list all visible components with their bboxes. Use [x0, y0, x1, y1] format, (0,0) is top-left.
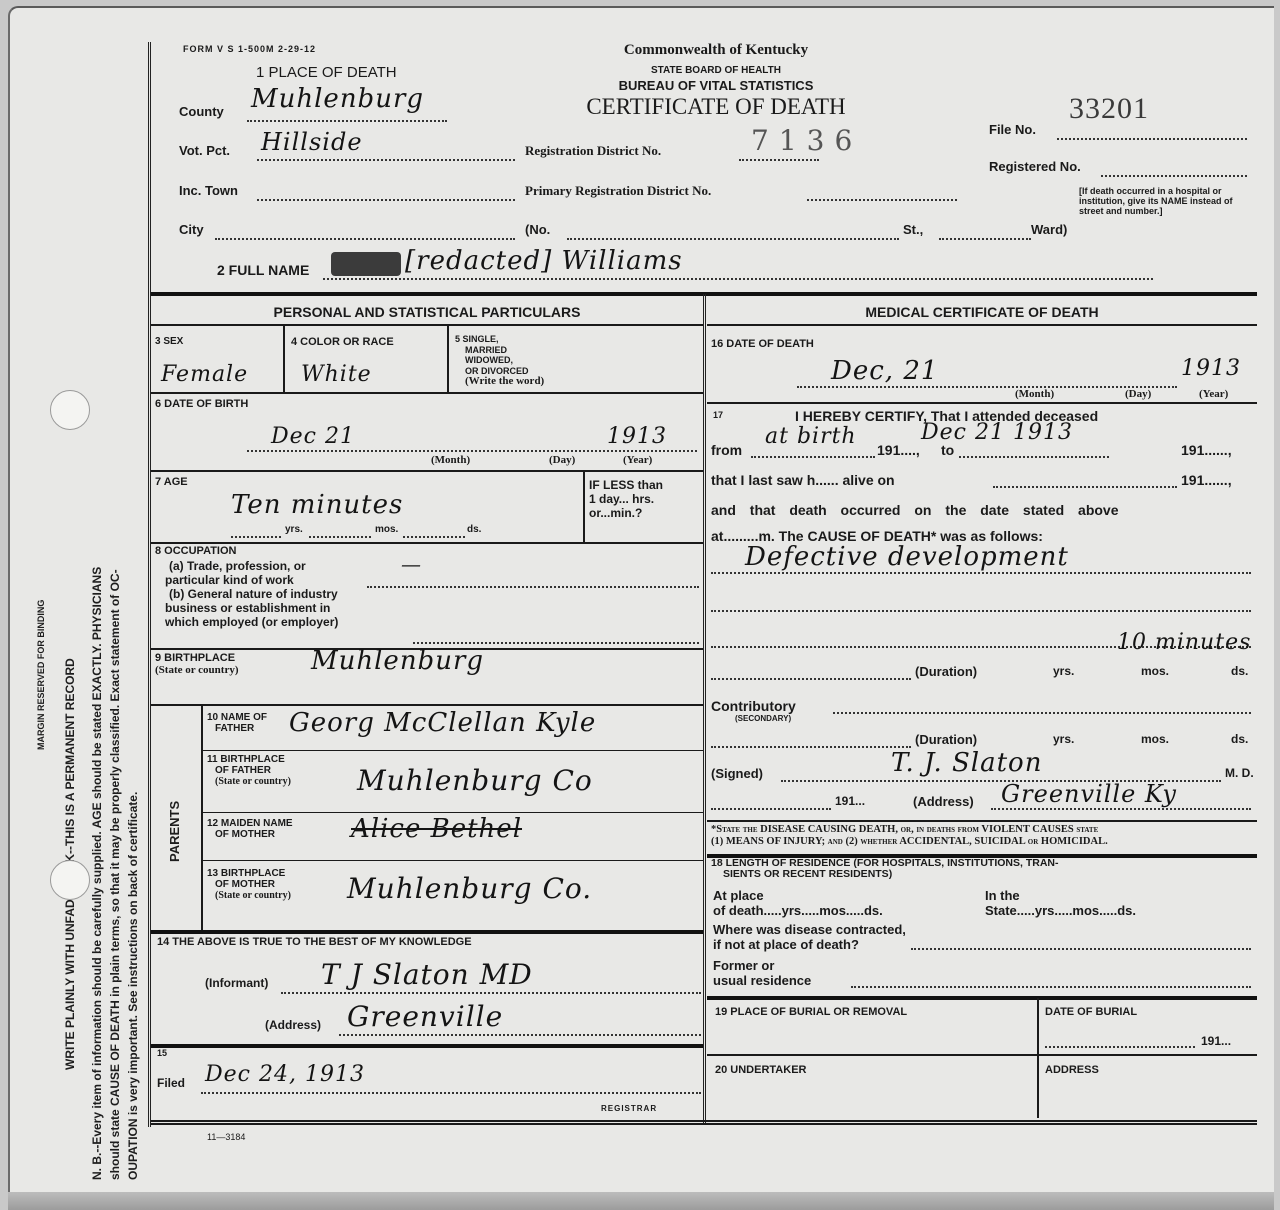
last-saw-text: that I last saw h...... alive on [711, 472, 895, 488]
bureau-heading: BUREAU OF VITAL STATISTICS [551, 78, 881, 93]
mother-maiden-label-1: 12 MAIDEN NAME [207, 818, 293, 829]
cause-footnote: *State the DISEASE CAUSING DEATH, or, in… [711, 824, 1108, 848]
occ-a-line-1: (a) Trade, profession, or [169, 559, 306, 573]
father-name-value[interactable]: Georg McClellan Kyle [289, 708, 596, 738]
if-less-line-2: 1 day... hrs. [589, 492, 663, 506]
occupation-a-value[interactable]: — [401, 552, 422, 576]
vot-pct-dots [257, 159, 515, 161]
contributory-dots [833, 712, 1251, 714]
parents-side-label: PARENTS [167, 801, 182, 862]
occ-b-line-3: which employed (or employer) [165, 615, 338, 629]
occ-b-line-2: business or establishment in [165, 601, 338, 615]
if-less-line-1: IF LESS than [589, 478, 663, 492]
registered-no-dots [1101, 175, 1247, 177]
from-year: 191...., [877, 442, 920, 458]
race-marital-divider [447, 326, 449, 392]
at-place-line-2: of death.....yrs.....mos.....ds. [713, 903, 883, 918]
dod-month-caption: (Month) [1015, 388, 1054, 400]
footnote-line-2: (1) MEANS OF INJURY; and (2) whether ACC… [711, 836, 1108, 848]
md-label: M. D. [1225, 766, 1254, 780]
divider-age [151, 470, 703, 472]
mother-birthplace-value[interactable]: Muhlenburg Co. [347, 872, 592, 905]
occupation-b-label: (b) General nature of industry business … [169, 587, 338, 629]
dob-value[interactable]: Dec 21 [271, 424, 355, 449]
inc-town-dots [257, 199, 515, 201]
divider-informant [151, 930, 703, 934]
cause-dots-2 [711, 610, 1251, 612]
nb-line-2: should state CAUSE OF DEATH in plain ter… [108, 569, 122, 1180]
occ-a-line-2: particular kind of work [165, 573, 306, 587]
mother-maiden-label: 12 MAIDEN NAME OF MOTHER [207, 818, 293, 840]
place-of-death-label: 1 PLACE OF DEATH [256, 64, 397, 81]
in-state-line-2: State.....yrs.....mos.....ds. [985, 903, 1136, 918]
mother-maiden-label-2: OF MOTHER [207, 829, 293, 840]
file-no-value[interactable]: 33201 [1069, 92, 1149, 126]
contributory-label: Contributory [711, 698, 796, 714]
residence-at-place: At place of death.....yrs.....mos.....ds… [713, 888, 883, 918]
father-name-label-1: 10 NAME OF [207, 712, 267, 723]
primary-reg-dots [807, 199, 957, 201]
undertaker-address-label: ADDRESS [1045, 1064, 1099, 1076]
birthplace-label: 9 BIRTHPLACE (State or country) [155, 652, 239, 676]
from-value[interactable]: at birth [765, 424, 857, 449]
informant-value[interactable]: T J Slaton MD [321, 958, 533, 991]
from-dots [751, 456, 875, 458]
age-ds-caption: ds. [467, 524, 481, 535]
duration-ds: ds. [1231, 664, 1248, 678]
informant-address-value[interactable]: Greenville [347, 1000, 503, 1033]
marital-single: 5 SINGLE, [455, 334, 544, 345]
full-name-label: 2 FULL NAME [217, 262, 309, 278]
parents-divider [201, 706, 203, 932]
signed-label: (Signed) [711, 766, 763, 781]
former-line-2: usual residence [713, 973, 811, 988]
punch-hole-bottom [50, 860, 90, 900]
mother-bp-label-3: (State or country) [207, 890, 291, 901]
informant-statement: 14 THE ABOVE IS TRUE TO THE BEST OF MY K… [157, 936, 472, 948]
full-name-value[interactable]: [redacted] Williams [405, 246, 683, 276]
county-label: County [179, 104, 224, 119]
age-divider [583, 472, 585, 542]
reg-district-label: Registration District No. [525, 143, 661, 159]
cause-dots-1 [711, 572, 1251, 574]
last-saw-year: 191......, [1181, 472, 1232, 488]
occupation-a-label: (a) Trade, profession, or particular kin… [169, 559, 306, 587]
filed-value[interactable]: Dec 24, 1913 [205, 1062, 365, 1087]
sex-label: 3 SEX [155, 336, 183, 347]
duration-mos: mos. [1141, 664, 1169, 678]
age-ds-dots [403, 536, 465, 538]
father-name-label-2: FATHER [207, 723, 267, 734]
medical-section-title: MEDICAL CERTIFICATE OF DEATH [707, 304, 1257, 320]
dod-year[interactable]: 1913 [1181, 356, 1241, 381]
informant-dots [281, 992, 701, 994]
father-bp-label-3: (State or country) [207, 776, 291, 787]
divider-mother-maiden [201, 812, 703, 813]
reg-district-dots [739, 159, 819, 161]
divider-dob [151, 392, 703, 394]
registrar-caption: REGISTRAR [601, 1104, 657, 1113]
father-bp-label-1: 11 BIRTHPLACE [207, 754, 291, 765]
divider-footnote [707, 820, 1257, 822]
age-mos-dots [309, 536, 371, 538]
divider-parents [151, 704, 703, 706]
age-yrs-caption: yrs. [285, 524, 303, 535]
ward-label: Ward) [1031, 222, 1067, 237]
divider-undertaker [707, 1054, 1257, 1056]
former-line-1: Former or [713, 958, 811, 973]
commonwealth-heading: Commonwealth of Kentucky [551, 42, 881, 59]
occupation-label: 8 OCCUPATION [155, 545, 237, 557]
signed-value[interactable]: T. J. Slaton [891, 748, 1042, 778]
burial-date-dots [1045, 1046, 1195, 1048]
form-number: FORM V S 1-500M 2-29-12 [183, 44, 316, 54]
board-heading: STATE BOARD OF HEALTH [551, 65, 881, 76]
vot-pct-label: Vot. Pct. [179, 143, 230, 158]
duration-dots [711, 678, 911, 680]
residence-label-2: SIENTS OR RECENT RESIDENTS) [711, 869, 1058, 880]
father-name-label: 10 NAME OF FATHER [207, 712, 267, 734]
footer-code: 11—3184 [207, 1132, 245, 1142]
race-value[interactable]: White [301, 362, 372, 387]
birthplace-label-line: 9 BIRTHPLACE [155, 652, 239, 664]
dob-day-caption: (Day) [549, 454, 575, 466]
secondary-label: (SECONDARY) [735, 714, 791, 723]
informant-address-dots [339, 1034, 701, 1036]
marital-married: MARRIED [455, 345, 544, 356]
to-dots [959, 456, 1109, 458]
burial-date-191: 191... [1201, 1034, 1231, 1048]
county-value[interactable]: Muhlenburg [251, 84, 424, 114]
signed-date-191: 191... [835, 794, 865, 808]
contributory-duration-dots [711, 746, 911, 748]
occ-a-dots [367, 586, 699, 588]
birthplace-sub: (State or country) [155, 664, 239, 676]
city-dots [215, 238, 515, 240]
divider-filed [151, 1044, 703, 1048]
contracted-line-2: if not at place of death? [713, 937, 906, 952]
name-redaction [331, 252, 401, 276]
paper-shadow [8, 1192, 1274, 1210]
filed-label: Filed [157, 1076, 185, 1090]
burial-date-label: DATE OF BURIAL [1045, 1006, 1137, 1018]
file-no-dots [1057, 138, 1247, 140]
undertaker-label: 20 UNDERTAKER [715, 1064, 806, 1076]
contributory-yrs: yrs. [1053, 732, 1074, 746]
filed-dots [201, 1092, 701, 1094]
birthplace-value[interactable]: Muhlenburg [311, 646, 484, 676]
divider-medical [707, 324, 1257, 326]
reg-district-value[interactable]: 7136 [751, 124, 862, 157]
contributory-duration-label: (Duration) [915, 732, 977, 747]
father-bp-label: 11 BIRTHPLACE OF FATHER (State or countr… [207, 754, 291, 787]
disease-contracted: Where was disease contracted, if not at … [713, 922, 906, 952]
divider-mother-bp [201, 860, 703, 861]
contracted-line-1: Where was disease contracted, [713, 922, 906, 937]
to-year: 191......, [1181, 442, 1232, 458]
marital-write-word: (Write the word) [455, 376, 544, 387]
former-dots [851, 986, 1251, 988]
dob-label: 6 DATE OF BIRTH [155, 398, 248, 410]
age-label: 7 AGE [155, 476, 188, 488]
file-no-label: File No. [989, 122, 1036, 137]
binding-margin: MARGIN RESERVED FOR BINDING WRITE PLAINL… [8, 30, 148, 1190]
dob-year-caption: (Year) [623, 454, 652, 466]
margin-reserved-text: MARGIN RESERVED FOR BINDING [36, 600, 46, 750]
hospital-note: [If death occurred in a hospital or inst… [1079, 186, 1249, 216]
divider-occupation [151, 542, 703, 544]
divider-bottom [151, 1120, 1257, 1125]
street-no-dots [567, 238, 899, 240]
punch-hole-top [50, 390, 90, 430]
footnote-line-1: *State the DISEASE CAUSING DEATH, or, in… [711, 824, 1108, 836]
dod-value[interactable]: Dec, 21 [831, 356, 938, 386]
vot-pct-value[interactable]: Hillside [261, 128, 363, 156]
certificate-title: CERTIFICATE OF DEATH [551, 94, 881, 120]
primary-reg-label: Primary Registration District No. [525, 183, 711, 199]
divider-personal [151, 324, 703, 326]
dob-month-caption: (Month) [431, 454, 470, 466]
dod-dots [797, 386, 1177, 388]
last-saw-dots [993, 486, 1177, 488]
county-dots [247, 120, 447, 122]
death-occurred-text: and that death occurred on the date stat… [711, 502, 1119, 518]
residence-label: 18 LENGTH OF RESIDENCE (FOR HOSPITALS, I… [711, 858, 1058, 880]
nb-line-1: N. B.--Every item of information should … [90, 567, 104, 1180]
mother-bp-label-2: OF MOTHER [207, 879, 291, 890]
to-value[interactable]: Dec 21 1913 [921, 420, 1073, 445]
registered-no-label: Registered No. [989, 159, 1081, 174]
duration-value[interactable]: 10 minutes [1117, 630, 1251, 655]
former-residence: Former or usual residence [713, 958, 811, 988]
age-yrs-dots [231, 536, 281, 538]
burial-place-label: 19 PLACE OF BURIAL OR REMOVAL [715, 1006, 907, 1018]
street-no-label: (No. [525, 222, 550, 237]
personal-section-title: PERSONAL AND STATISTICAL PARTICULARS [151, 304, 703, 320]
signed-date-dots [711, 808, 831, 810]
informant-label: (Informant) [205, 976, 268, 990]
dod-year-caption: (Year) [1199, 388, 1228, 400]
dob-year[interactable]: 1913 [607, 424, 667, 449]
marital-widowed: WIDOWED, [455, 355, 544, 366]
physician-address-value[interactable]: Greenville Ky [1001, 780, 1177, 808]
nb-line-3: OUPATION is very important. See instruct… [126, 792, 140, 1180]
from-label: from [711, 442, 742, 458]
if-less-note: IF LESS than 1 day... hrs. or...min.? [589, 478, 663, 520]
father-bp-label-2: OF FATHER [207, 765, 291, 776]
dod-day-caption: (Day) [1125, 388, 1151, 400]
full-name-dots [323, 278, 1153, 280]
father-birthplace-value[interactable]: Muhlenburg Co [357, 764, 593, 797]
age-value[interactable]: Ten minutes [231, 490, 403, 520]
dob-dots [247, 450, 697, 452]
age-mos-caption: mos. [375, 524, 398, 535]
dod-label: 16 DATE OF DEATH [711, 338, 814, 350]
mother-bp-label: 13 BIRTHPLACE OF MOTHER (State or countr… [207, 868, 291, 901]
mother-bp-label-1: 13 BIRTHPLACE [207, 868, 291, 879]
race-label: 4 COLOR OR RACE [291, 336, 394, 348]
divider-certify [707, 402, 1257, 404]
contracted-dots [911, 948, 1251, 950]
column-divider [703, 294, 706, 1124]
residence-in-state: In the State.....yrs.....mos.....ds. [985, 888, 1136, 918]
street-label: St., [903, 222, 923, 237]
filed-number: 15 [157, 1048, 167, 1058]
sex-value[interactable]: Female [161, 362, 248, 387]
ward-dots [939, 238, 1031, 240]
at-place-line-1: At place [713, 888, 883, 903]
divider-burial [707, 996, 1257, 1000]
in-state-line-1: In the [985, 888, 1136, 903]
duration-label: (Duration) [915, 664, 977, 679]
mother-maiden-value[interactable]: Alice Bethel [351, 814, 522, 844]
if-less-line-3: or...min.? [589, 506, 663, 520]
death-certificate-form: FORM V S 1-500M 2-29-12 1 PLACE OF DEATH… [148, 42, 1256, 1127]
occ-b-dots [413, 642, 699, 644]
sex-race-divider [283, 326, 285, 392]
burial-divider [1037, 998, 1039, 1118]
city-label: City [179, 222, 204, 237]
physician-address-label: (Address) [913, 794, 974, 809]
informant-address-label: (Address) [265, 1018, 321, 1032]
duration-yrs: yrs. [1053, 664, 1074, 678]
contributory-ds: ds. [1231, 732, 1248, 746]
certify-number: 17 [713, 410, 723, 420]
inc-town-label: Inc. Town [179, 183, 238, 198]
marital-label: 5 SINGLE, MARRIED WIDOWED, OR DIVORCED (… [455, 334, 544, 387]
divider-father-bp [201, 750, 703, 751]
cause-of-death-value[interactable]: Defective development [745, 542, 1069, 572]
contributory-mos: mos. [1141, 732, 1169, 746]
physician-address-dots [991, 808, 1251, 810]
occ-b-line-1: (b) General nature of industry [169, 587, 338, 601]
